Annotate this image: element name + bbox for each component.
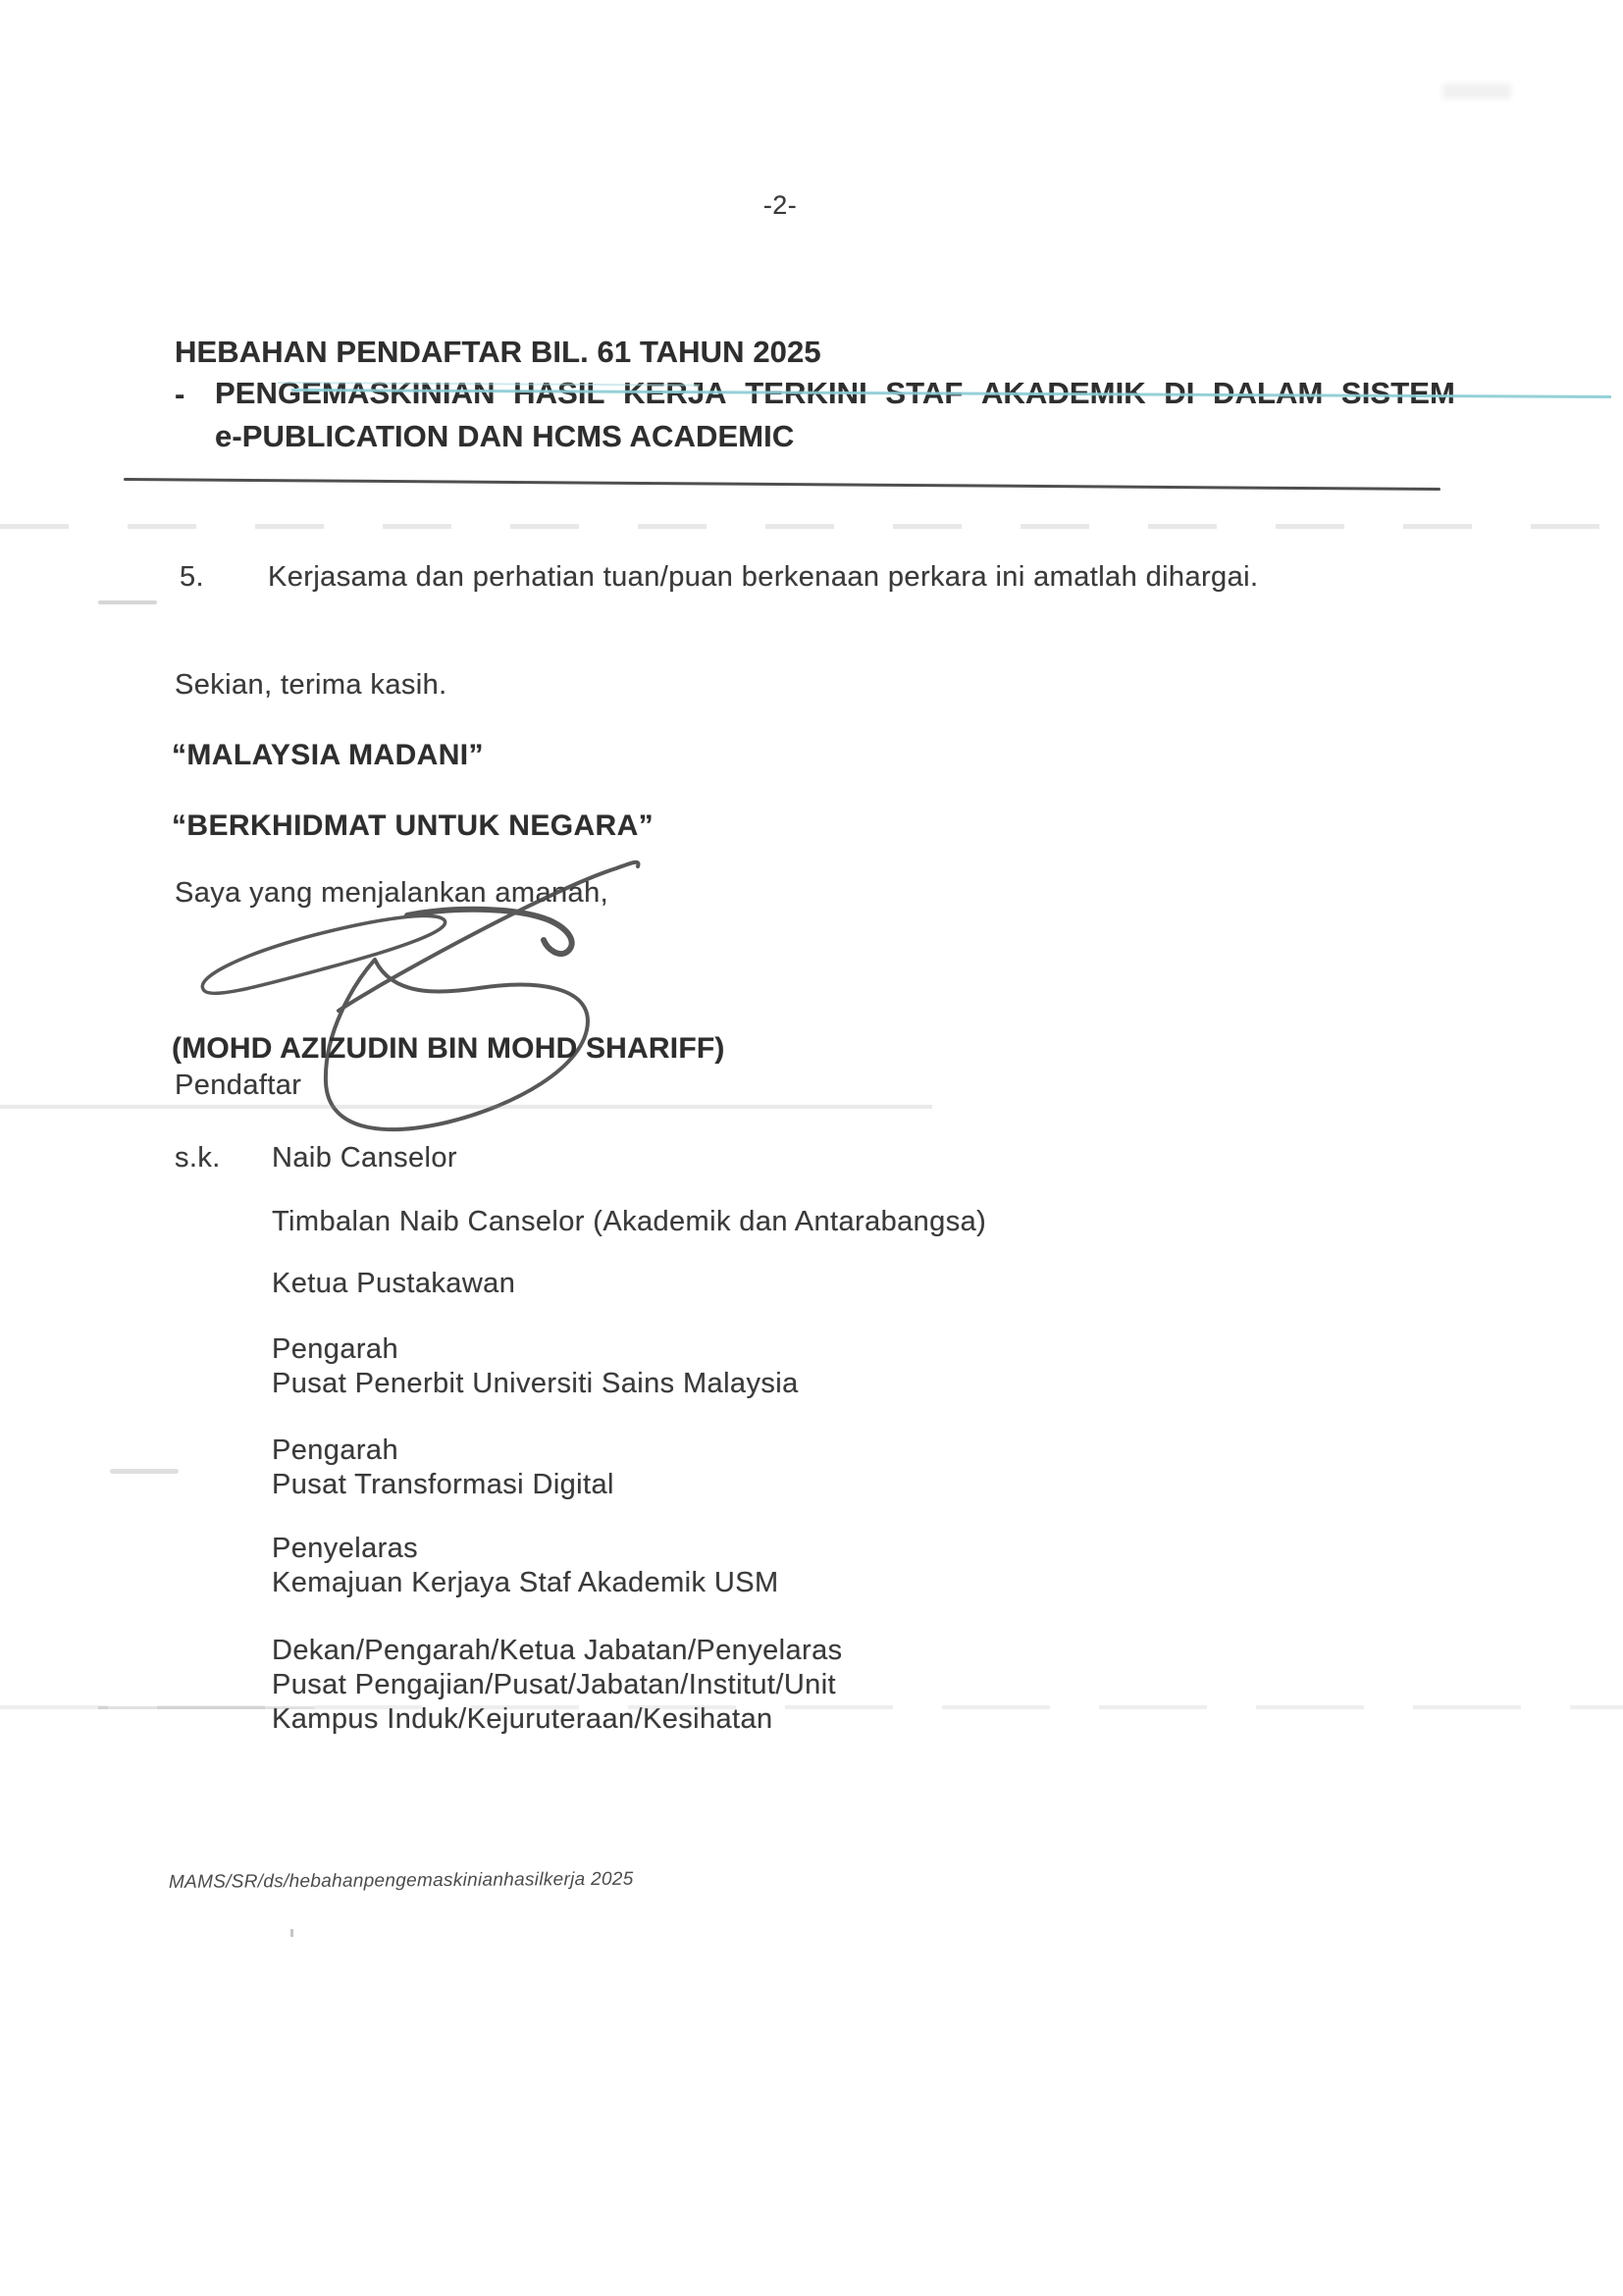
- cc-line: Timbalan Naib Canselor (Akademik dan Ant…: [272, 1205, 986, 1239]
- subject-word: PENGEMASKINIAN: [215, 376, 496, 411]
- signatory-title: Pendaftar: [175, 1069, 301, 1103]
- signature-scribble: [147, 842, 697, 1166]
- cc-line: Kampus Induk/Kejuruteraan/Kesihatan: [272, 1702, 843, 1737]
- cc-line: Pengarah: [272, 1332, 799, 1367]
- cc-line: Pusat Penerbit Universiti Sains Malaysia: [272, 1367, 799, 1401]
- paragraph-text: Kerjasama dan perhatian tuan/puan berken…: [268, 560, 1258, 595]
- closing-text: Sekian, terima kasih.: [175, 668, 447, 703]
- scan-speck: [290, 1929, 293, 1937]
- cc-item: Dekan/Pengarah/Ketua Jabatan/Penyelaras …: [272, 1634, 843, 1737]
- signatory-name: (MOHD AZIZUDIN BIN MOHD SHARIFF): [172, 1031, 725, 1067]
- memo-title: HEBAHAN PENDAFTAR BIL. 61 TAHUN 2025: [175, 334, 821, 370]
- subject-bullet-dash: -: [175, 376, 185, 412]
- cc-item: Pengarah Pusat Transformasi Digital: [272, 1434, 614, 1502]
- cc-line: Pengarah: [272, 1434, 614, 1468]
- cc-line: Dekan/Pengarah/Ketua Jabatan/Penyelaras: [272, 1634, 843, 1668]
- subject-line-2: e-PUBLICATION DAN HCMS ACADEMIC: [215, 418, 794, 454]
- slogan-malaysia-madani: “MALAYSIA MADANI”: [172, 738, 484, 773]
- subject-word: HASIL: [513, 376, 605, 411]
- slogan-berkhidmat-untuk-negara: “BERKHIDMAT UNTUK NEGARA”: [172, 809, 654, 844]
- paragraph-number: 5.: [180, 560, 204, 595]
- cc-line: Penyelaras: [272, 1532, 779, 1566]
- cc-line: Naib Canselor: [272, 1141, 457, 1175]
- footer-reference: MAMS/SR/ds/hebahanpengemaskinianhasilker…: [169, 1869, 634, 1895]
- cc-item: Ketua Pustakawan: [272, 1267, 515, 1301]
- scan-streak: [110, 1469, 179, 1474]
- scan-smudge: [1442, 83, 1511, 99]
- document-page: -2- HEBAHAN PENDAFTAR BIL. 61 TAHUN 2025…: [0, 0, 1623, 2296]
- cc-line: Pusat Pengajian/Pusat/Jabatan/Institut/U…: [272, 1668, 843, 1702]
- page-number: -2-: [763, 189, 797, 221]
- scan-streak: [98, 600, 157, 604]
- cc-label: s.k.: [175, 1141, 221, 1175]
- cc-item: Naib Canselor: [272, 1141, 457, 1175]
- scan-streak: [0, 524, 1623, 529]
- cc-item: Penyelaras Kemajuan Kerjaya Staf Akademi…: [272, 1532, 779, 1600]
- cc-line: Pusat Transformasi Digital: [272, 1468, 614, 1502]
- cc-line: Kemajuan Kerjaya Staf Akademik USM: [272, 1566, 779, 1600]
- cc-item: Pengarah Pusat Penerbit Universiti Sains…: [272, 1332, 799, 1401]
- cc-item: Timbalan Naib Canselor (Akademik dan Ant…: [272, 1205, 986, 1239]
- header-underline: [124, 478, 1440, 491]
- cc-line: Ketua Pustakawan: [272, 1267, 515, 1301]
